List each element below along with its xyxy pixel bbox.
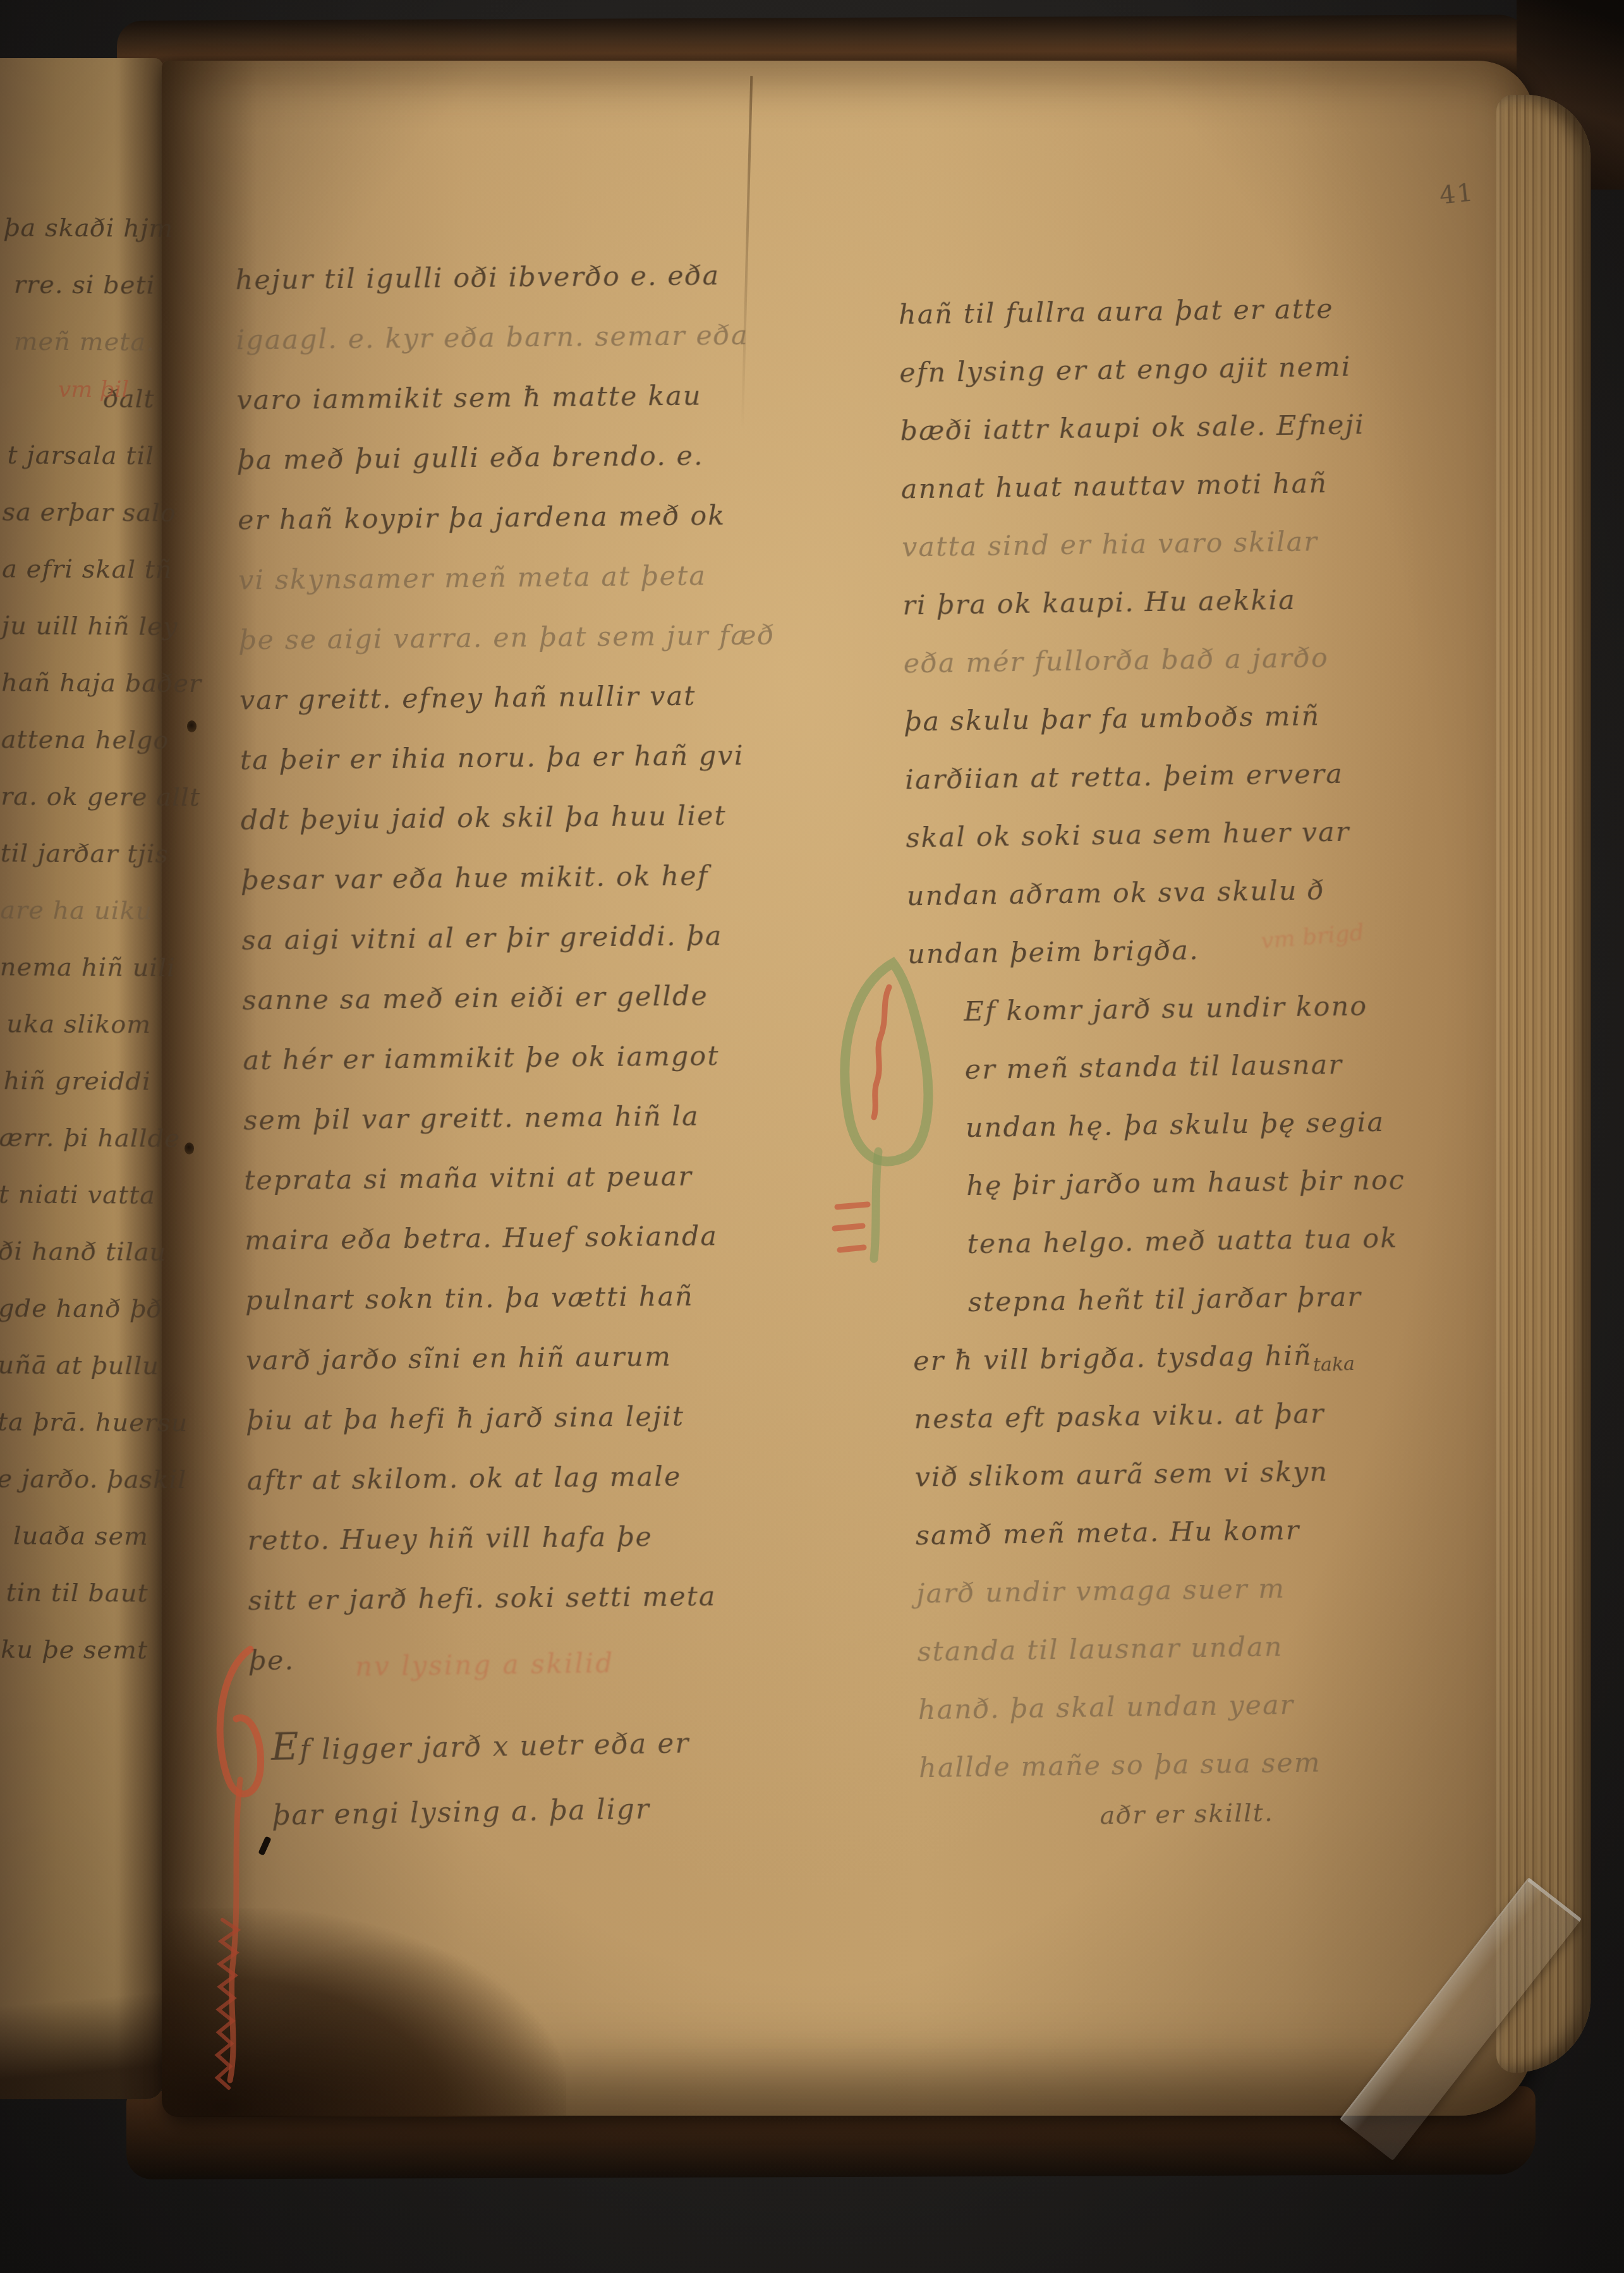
text-line: iarðiian at retta. þeim ervera [905, 743, 1487, 809]
text-line: Ef ligger jarð x uetr eða er [270, 1704, 840, 1782]
text-line: t jarsala til [3, 427, 154, 484]
text-line: hę þir jarðo um haust þir noc [911, 1150, 1493, 1216]
text-line: sitt er jarð hefi. soki setti meta [248, 1565, 842, 1631]
text-line: hiñ greiddi [0, 1052, 151, 1110]
text-line: samð meñ meta. Hu komr [915, 1499, 1497, 1565]
text-line: þesar var eða hue mikit. ok hef [241, 845, 835, 911]
text-line: hañ til fullra aura þat er atte [898, 278, 1480, 344]
text-line: varð jarðo sĩni en hiñ aurum [245, 1325, 840, 1391]
text-line: a efri skal tñ [2, 540, 154, 598]
text-line: þa með þui gulli eða brendo. e. [237, 425, 832, 491]
text-line: til jarðar tjis [0, 825, 152, 882]
text-line: þe se aigi varra. en þat sem jur fæð [239, 605, 833, 671]
text-line: ærr. þi hallde [0, 1109, 151, 1167]
text-line: er ħ vill brigða. tysdag hiñ [912, 1324, 1494, 1391]
text-line-with-initial: Ef komr jarð su undir kono [908, 976, 1490, 1042]
text-line: tin til baut [0, 1564, 148, 1621]
text-line: stepna heñt til jarðar þrar [912, 1266, 1494, 1333]
manuscript-photo: 41 þa skaði hjm rre. si beti meñ meta. ð… [0, 0, 1624, 2273]
text-line: sa aigi vitni al er þir greiddi. þa [241, 905, 836, 971]
text-line: sanne sa með ein eiði er gellde [242, 965, 837, 1031]
wormhole [187, 720, 197, 732]
text-line: skal ok soki sua sem huer var [906, 801, 1488, 868]
text-line: retto. Huey hiñ vill hafa þe [247, 1505, 842, 1571]
text-line: þiu at þa hefi ħ jarð sina lejit [246, 1385, 840, 1451]
text-line: vatta sind er hia varo skilar [901, 511, 1483, 577]
text-line: nesta eft paska viku. at þar [914, 1383, 1496, 1449]
text-line: e jarðo. þaskil [0, 1450, 149, 1508]
text-line: luaða sem [0, 1507, 148, 1565]
text-line: eða mér fullorða bað a jarðo [903, 627, 1485, 693]
right-text-column: hañ til fullra aura þat er atte efn lysi… [898, 278, 1500, 1798]
text-line: sem þil var greitt. nema hiñ la [243, 1085, 838, 1151]
left-text-column: hejur til igulli oði ibverðo e. eða igaa… [235, 245, 843, 1692]
text-line: sa erþar salo [2, 483, 154, 541]
text-line: efn lysing er at engo ajit nemi [899, 336, 1481, 403]
text-line: þa skaði hjm [4, 199, 155, 257]
text-line: at hér er iammikit þe ok iamgot [243, 1025, 837, 1091]
text-line: nema hiñ uili [0, 938, 152, 996]
text-line: hejur til igulli oði ibverðo e. eða [235, 245, 830, 311]
text-line: bæði iattr kaupi ok sale. Efneji [900, 394, 1482, 461]
text-line: ddt þeyiu jaid ok skil þa huu liet [240, 785, 835, 851]
text-line: ta þrā. huersu [0, 1393, 149, 1451]
text-line: við slikom aurã sem vi skyn [914, 1441, 1496, 1507]
text-line: ri þra ok kaupi. Hu aekkia [902, 569, 1484, 635]
text-line: annat huat nauttav moti hañ [900, 452, 1482, 519]
red-stitch-zigzag [203, 1916, 254, 2093]
text-line: jarð undir vmaga suer m [916, 1556, 1498, 1623]
text-line: maira eða betra. Huef sokianda [245, 1205, 839, 1271]
fragment-red-rubric: vm þil [58, 377, 129, 403]
frayed-edge [0, 1979, 163, 2099]
folio-number: 41 [1438, 178, 1476, 210]
text-line: hanð. þa skal undan year [918, 1673, 1500, 1739]
green-initial-ornament [818, 943, 954, 1275]
text-line: varo iammikit sem ħ matte kau [236, 365, 831, 431]
text-line: ju uill hiñ ley [1, 597, 153, 655]
text-line: tena helgo. með uatta tua ok [911, 1208, 1493, 1275]
text-line: undan þeim brigða. [907, 918, 1489, 984]
text-line: var greitt. efney hañ nullir vat [239, 665, 833, 731]
text-line: undan hę. þa skulu þę segia [909, 1092, 1491, 1158]
fragment-text-column: þa skaði hjm rre. si beti meñ meta. ðalt… [0, 199, 155, 1678]
text-line: ta þeir er ihia noru. þa er hañ gvi [239, 725, 834, 791]
text-line: aftr at skilom. ok at lag male [246, 1445, 841, 1511]
text-line: uñā at þullu [0, 1337, 150, 1394]
text-line: undan aðram ok sva skulu ð [906, 859, 1488, 926]
text-line: standa til lausnar undan [917, 1615, 1499, 1681]
wormhole [185, 1143, 194, 1155]
text-line: meñ meta. [3, 313, 155, 370]
faded-red-rubric: nv lysing a skilid [355, 1647, 615, 1682]
text-line: attena helgo [1, 711, 152, 768]
text-line: ði hanð tilau [0, 1223, 150, 1280]
text-line: pulnart sokn tin. þa vætti hañ [245, 1265, 840, 1331]
text-line: are ha uiku [0, 882, 152, 939]
text-line: igaagl. e. kyr eða barn. semar eða [236, 305, 830, 371]
text-line: gde hanð þð [0, 1280, 150, 1337]
text-line: er hañ koypir þa jardena með ok [238, 485, 832, 551]
text-line: t niati vatta [0, 1166, 150, 1223]
page-stack-fore-edge [1496, 95, 1591, 2073]
text-line: þar engi lysing a. þa ligr [272, 1772, 842, 1850]
text-line: er meñ standa til lausnar [909, 1034, 1491, 1100]
text-line: hallde mañe so þa sua sem [918, 1731, 1500, 1797]
interlinear-correction: taka [1312, 1353, 1355, 1376]
left-column-new-section: Ef ligger jarð x uetr eða er þar engi ly… [270, 1704, 842, 1850]
text-line: rre. si beti [3, 256, 155, 313]
text-line: hañ haja baðer [1, 654, 153, 712]
text-line: teprata si maña vitni at peuar [244, 1145, 839, 1211]
text-line: uka slikom [0, 995, 152, 1053]
text-line: þa skulu þar fa umboðs miñ [904, 685, 1486, 751]
text-line: ra. ok gere allt [1, 768, 152, 825]
text-line: vi skynsamer meñ meta at þeta [238, 545, 833, 611]
text-line: ku þe semt [0, 1621, 148, 1678]
